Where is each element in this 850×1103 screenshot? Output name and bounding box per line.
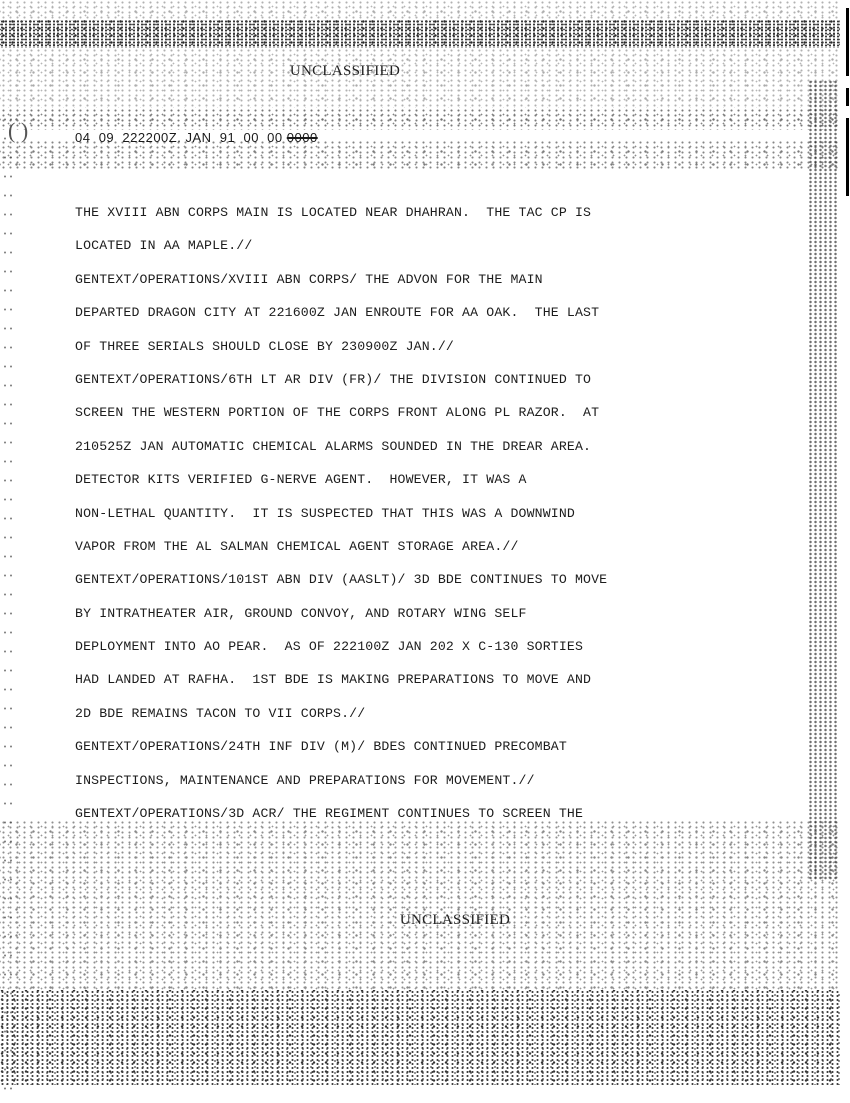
scan-noise-left-margin <box>2 110 16 1090</box>
scan-noise-top <box>0 0 840 20</box>
dtg-field: 09 <box>99 130 114 145</box>
dtg-field: 222200Z <box>122 130 177 145</box>
margin-bar <box>846 88 849 106</box>
text-line: DEPARTED DRAGON CITY AT 221600Z JAN ENRO… <box>75 296 835 329</box>
text-line: GENTEXT/OPERATIONS/24TH INF DIV (M)/ BDE… <box>75 730 835 763</box>
text-line: GENTEXT/OPERATIONS/XVIII ABN CORPS/ THE … <box>75 263 835 296</box>
scan-noise-footer <box>0 820 840 990</box>
dtg-field: 91 <box>220 130 235 145</box>
text-line: OF THREE SERIALS SHOULD CLOSE BY 230900Z… <box>75 330 835 363</box>
text-line: BY INTRATHEATER AIR, GROUND CONVOY, AND … <box>75 597 835 630</box>
margin-bar <box>846 8 849 76</box>
text-line: LOCATED IN AA MAPLE.// <box>75 229 835 262</box>
text-line: GENTEXT/OPERATIONS/3D ACR/ THE REGIMENT … <box>75 797 835 830</box>
dtg-struck-field: 0000 <box>287 130 318 145</box>
text-line: SCREEN THE WESTERN PORTION OF THE CORPS … <box>75 396 835 429</box>
text-line: VAPOR FROM THE AL SALMAN CHEMICAL AGENT … <box>75 530 835 563</box>
classification-marking-top: UNCLASSIFIED <box>0 63 770 80</box>
text-line: GENTEXT/OPERATIONS/6TH LT AR DIV (FR)/ T… <box>75 363 835 396</box>
text-line: INSPECTIONS, MAINTENANCE AND PREPARATION… <box>75 764 835 797</box>
text-line: DEPLOYMENT INTO AO PEAR. AS OF 222100Z J… <box>75 630 835 663</box>
dtg-field: 00 <box>243 130 258 145</box>
scan-noise-band <box>0 108 840 130</box>
dtg-field: 04 <box>75 130 90 145</box>
scan-noise-dark-band <box>0 20 840 48</box>
date-time-group-line: 04 09 222200Z. JAN 91 00 00 0000 <box>75 130 318 145</box>
text-line: NON-LETHAL QUANTITY. IT IS SUSPECTED THA… <box>75 497 835 530</box>
dtg-field: JAN <box>185 130 211 145</box>
text-line: THE XVIII ABN CORPS MAIN IS LOCATED NEAR… <box>75 196 835 229</box>
scan-noise-dark-footer <box>0 990 840 1085</box>
text-line: 210525Z JAN AUTOMATIC CHEMICAL ALARMS SO… <box>75 430 835 463</box>
margin-paren-mark: ( ) <box>8 118 28 144</box>
text-line: HAD LANDED AT RAFHA. 1ST BDE IS MAKING P… <box>75 663 835 696</box>
text-line: DETECTOR KITS VERIFIED G-NERVE AGENT. HO… <box>75 463 835 496</box>
dtg-field: 00 <box>267 130 282 145</box>
message-body: THE XVIII ABN CORPS MAIN IS LOCATED NEAR… <box>75 196 835 830</box>
text-line: 2D BDE REMAINS TACON TO VII CORPS.// <box>75 697 835 730</box>
classification-marking-bottom: UNCLASSIFIED <box>30 912 850 929</box>
text-line: GENTEXT/OPERATIONS/101ST ABN DIV (AASLT)… <box>75 563 835 596</box>
margin-bar <box>846 118 849 196</box>
